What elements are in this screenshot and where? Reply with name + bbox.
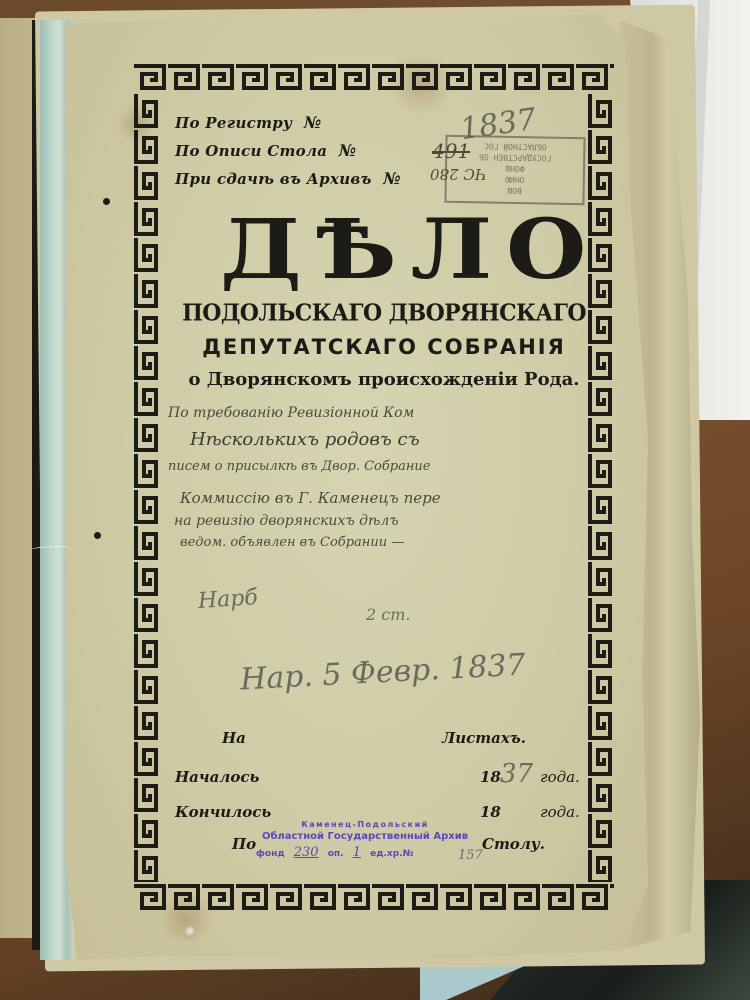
cover-content: По Регистру № По Описи Стола № При сдачѣ… [170, 95, 590, 885]
register-field: По Регистру № [175, 113, 322, 132]
opis-label: оп. [328, 849, 344, 859]
pencil-note-3: Нар. 5 Февр. 1837 [239, 648, 526, 698]
sheets-prefix: На [222, 729, 246, 747]
title-line-3: о Дворянскомъ происхожденiи Рода. [170, 369, 598, 390]
archive-stamp: Каменец-Подольский Областной Государстве… [250, 820, 480, 860]
started-suffix: года. [540, 768, 580, 786]
started-label: Началось [175, 768, 259, 786]
handwritten-line-4: Коммиссiю въ Г. Каменецъ пере [180, 489, 441, 507]
border-bottom [132, 882, 614, 912]
ended-label: Кончилось [175, 803, 271, 821]
binding-hole [103, 198, 110, 205]
binding-hole [94, 532, 101, 539]
inverted-archive-stamp: ВОШ ОНИЮ ФОНШ ГОСУДАРСТВЕН ОБ ОБЛАСТНОЙ … [444, 135, 585, 205]
number-sign: № [304, 113, 322, 132]
desk-suffix: Столу. [482, 835, 545, 853]
border-left [132, 92, 160, 882]
title-delo: ДѢЛО [220, 208, 550, 291]
item-value: 157 [458, 848, 483, 863]
handwritten-line-6: ведом. объявлен въ Собрании — [180, 535, 404, 550]
title-line-1: ПОДОЛЬСКАГО ДВОРЯНСКАГО [170, 299, 598, 326]
fond-label: фонд [256, 849, 285, 859]
handwritten-line-2: Нѣсколькихъ родовъ съ [190, 429, 420, 450]
number-sign: № [339, 141, 357, 160]
fond-value: 230 [294, 845, 319, 860]
border-top [132, 62, 614, 92]
stamp-line: ОБЛАСТНОЙ ГОС [447, 140, 583, 153]
opis-value: 1 [353, 845, 361, 860]
inventory-field: По Описи Стола № [175, 141, 357, 160]
title-line-2: ДЕПУТАТСКАГО СОБРАНIЯ [170, 335, 598, 359]
started-year-value: 37 [500, 759, 533, 789]
archive-label: При сдачѣ въ Архивъ [175, 170, 372, 188]
item-label: ед.хр.№ [370, 849, 413, 859]
number-sign: № [383, 169, 401, 188]
started-year-prefix: 18 [480, 768, 501, 786]
archive-field: При сдачѣ въ Архивъ № [175, 169, 401, 188]
stamp-catalog: фонд 230 оп. 1 ед.хр.№ [250, 845, 480, 860]
register-label: По Регистру [175, 114, 292, 132]
pencil-note-1: Нарб [197, 585, 258, 614]
torn-hole [184, 924, 196, 938]
stamp-city: Каменец-Подольский [250, 820, 480, 829]
pencil-note-2: 2 ст. [366, 605, 410, 624]
sheets-suffix: Листахъ. [442, 729, 526, 747]
handwritten-line-1: По требованiю Ревизiонной Ком [168, 405, 414, 421]
handwritten-line-3: писем о присылкѣ въ Двор. Собрание [168, 459, 431, 474]
stamp-archive-name: Областной Государственный Архив [250, 831, 480, 842]
ended-year-prefix: 18 [480, 803, 501, 821]
inventory-label: По Описи Стола [175, 142, 327, 160]
ended-suffix: года. [540, 803, 580, 821]
handwritten-line-5: на ревизiю дворянскихъ дѣлъ [174, 513, 399, 529]
